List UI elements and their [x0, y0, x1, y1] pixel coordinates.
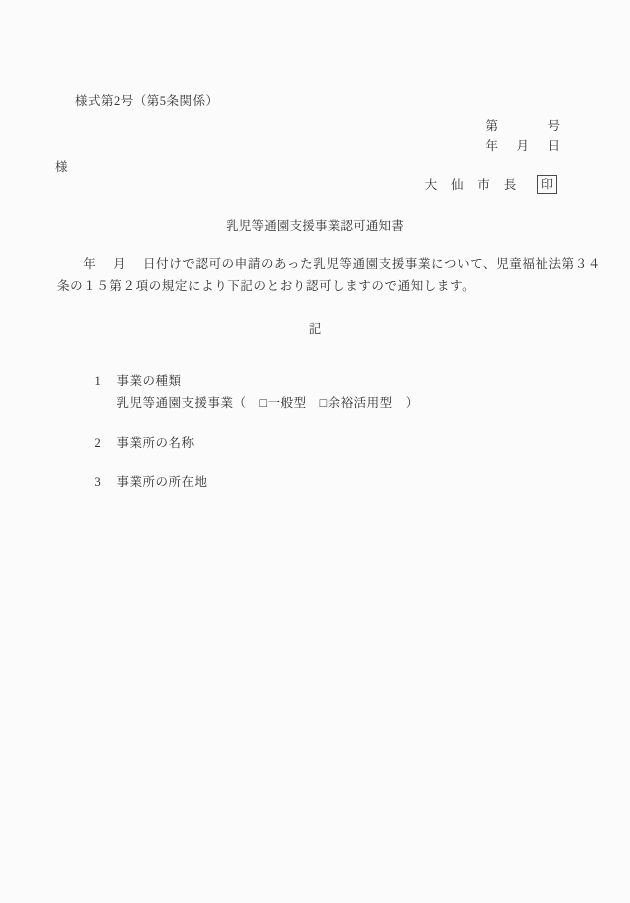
business-type-option-general: 一般型 — [268, 396, 307, 410]
document-number-line: 第 号 — [485, 116, 563, 134]
business-type-prefix: 乳児等通園支援事業（ — [117, 396, 260, 410]
sender-row: 大 仙 市 長 印 — [425, 175, 557, 194]
checkbox-icon-surplus: □ — [320, 396, 328, 410]
record-marker: 記 — [0, 319, 630, 337]
business-type-option-surplus: 余裕活用型 — [328, 396, 393, 410]
business-type-separator — [307, 396, 320, 410]
body-paragraph-line-1: 年 月 日付けで認可の申請のあった乳児等通園支援事業について、児童福祉法第３４ — [57, 254, 601, 272]
document-page: 様式第2号（第5条関係） 第 号 年 月 日 様 大 仙 市 長 印 乳児等通園… — [0, 0, 630, 903]
item-office-address: 3事業所の所在地 — [80, 457, 208, 505]
sender-name: 大 仙 市 長 — [425, 175, 517, 193]
date-line: 年 月 日 — [485, 136, 563, 154]
checkbox-icon-general: □ — [260, 396, 268, 410]
item-label: 事業所の名称 — [117, 436, 195, 450]
addressee-suffix: 様 — [55, 157, 68, 175]
business-type-suffix: ） — [393, 396, 419, 410]
document-title: 乳児等通園支援事業認可通知書 — [0, 216, 630, 234]
form-number-label: 様式第2号（第5条関係） — [75, 91, 219, 109]
item-label: 事業所の所在地 — [117, 475, 208, 489]
seal-placeholder-icon: 印 — [537, 175, 557, 194]
item-number: 3 — [95, 475, 117, 490]
body-paragraph-line-2: 条の１５第２項の規定により下記のとおり認可しますので通知します。 — [57, 276, 475, 294]
item-number: 2 — [95, 436, 117, 451]
